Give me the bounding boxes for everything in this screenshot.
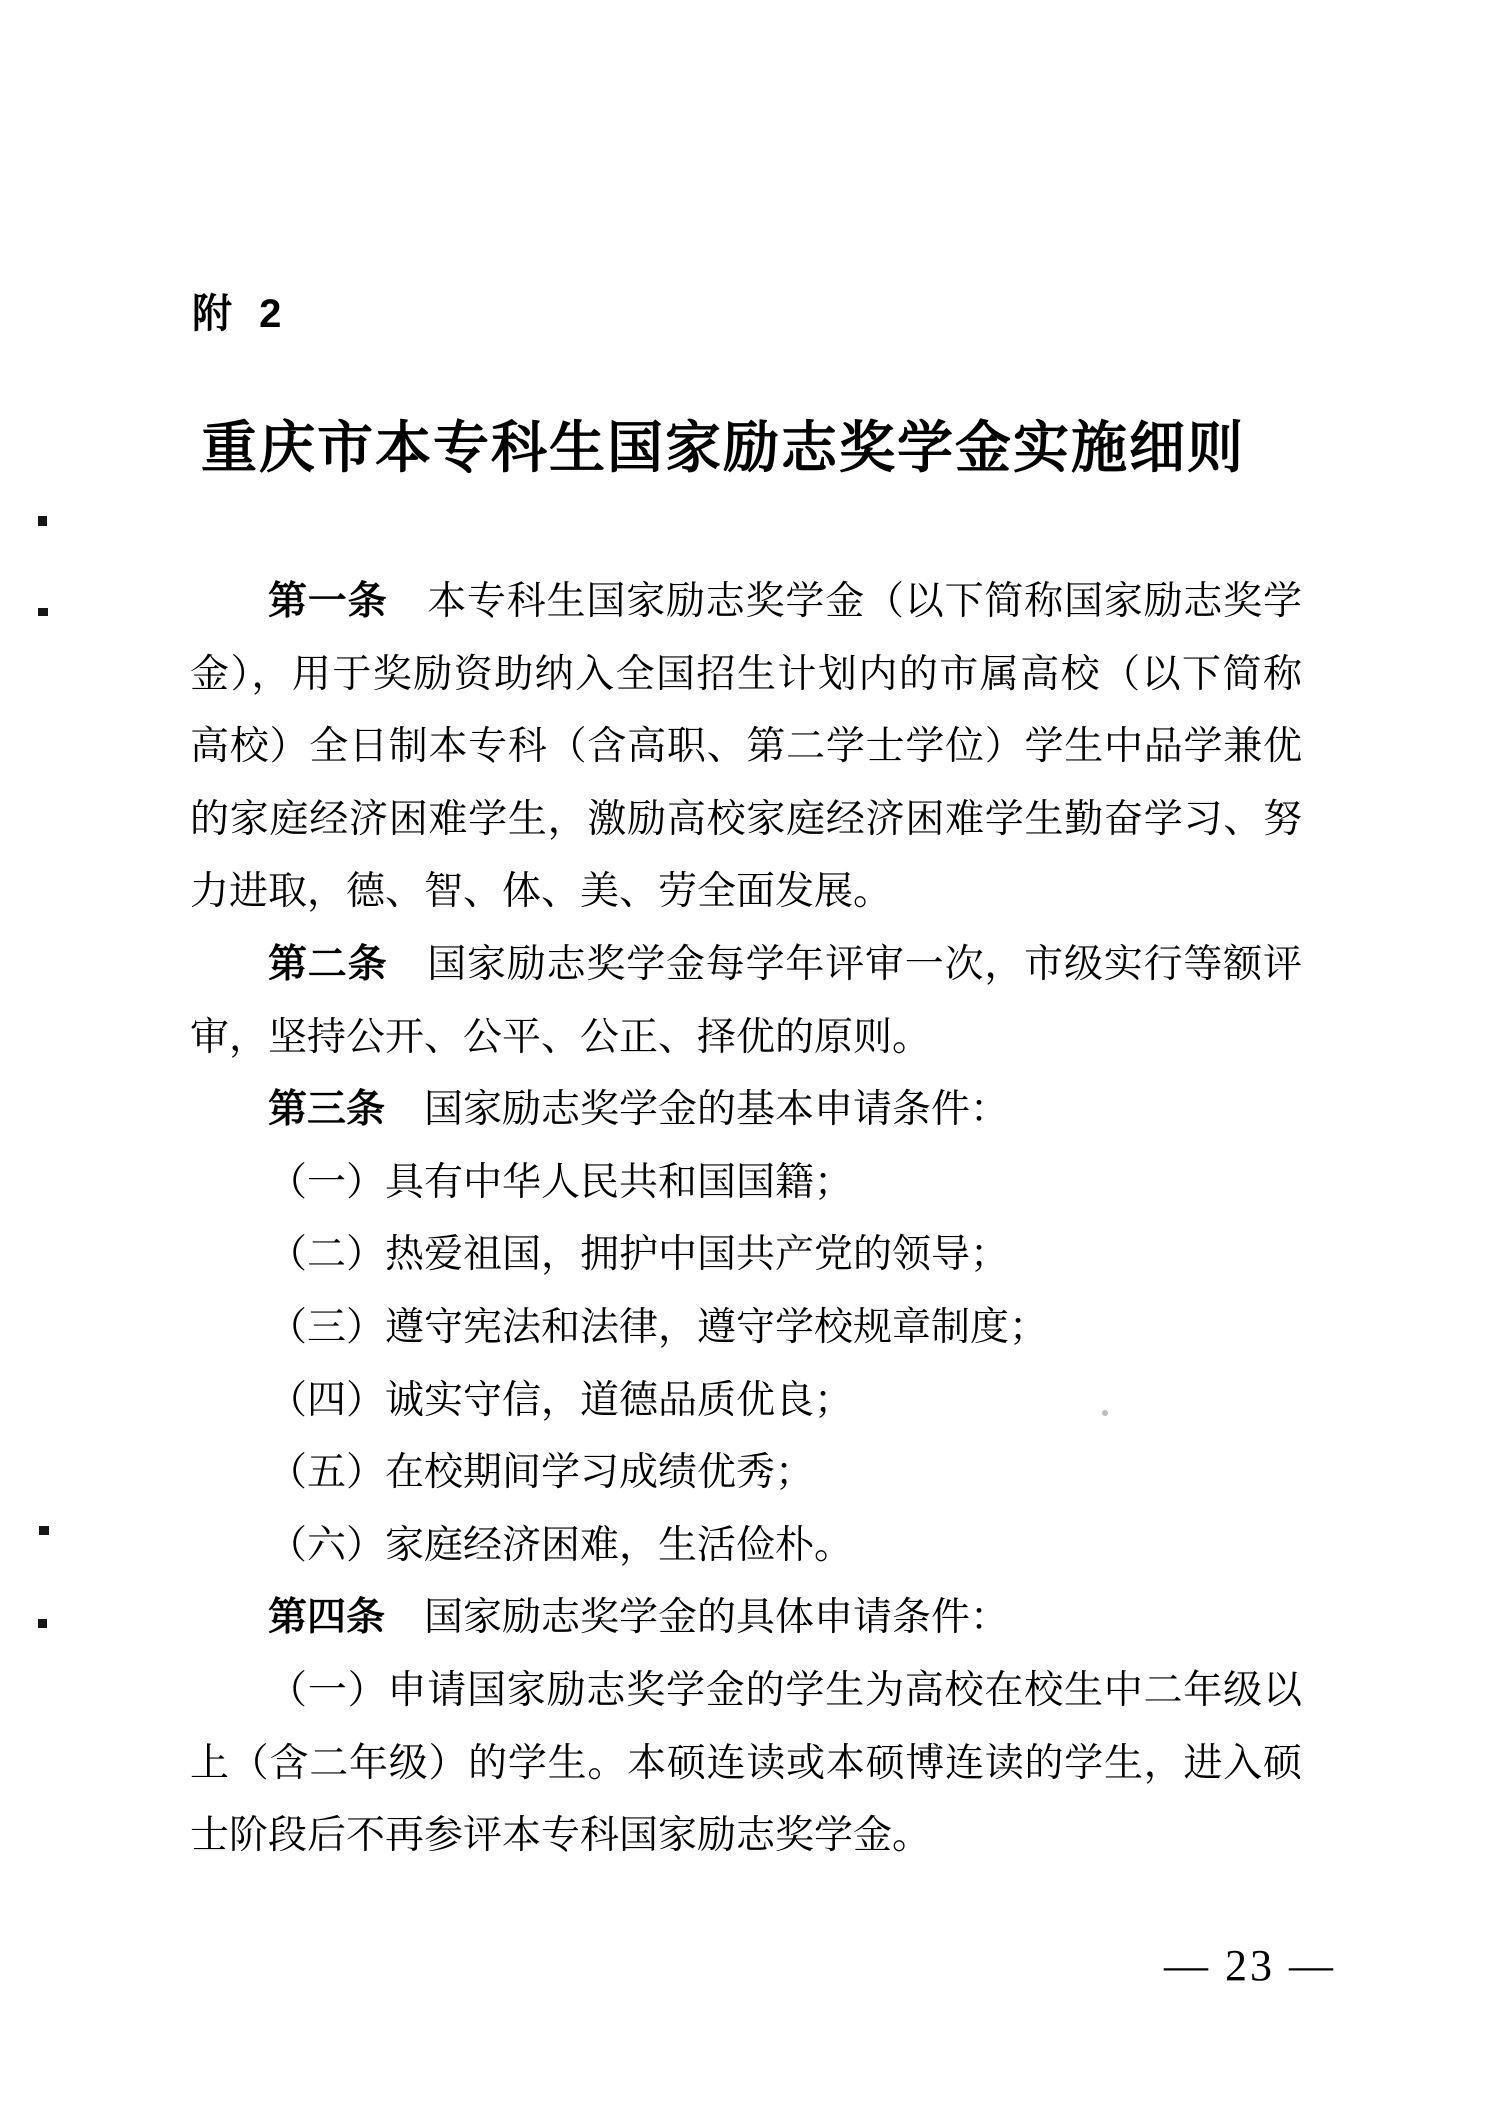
- body-line: （四）诚实守信，道德品质优良；: [190, 1365, 1302, 1438]
- body-line: 上（含二年级）的学生。本硕连读或本硕博连读的学生，进入硕: [190, 1728, 1302, 1801]
- scan-speck: [38, 1619, 47, 1628]
- body-line: （五）在校期间学习成绩优秀；: [190, 1437, 1302, 1510]
- scan-speck: [39, 1526, 49, 1535]
- body-line: （一）具有中华人民共和国国籍；: [190, 1147, 1302, 1220]
- scan-speck: [1102, 1410, 1108, 1416]
- body-line: 的家庭经济困难学生，激励高校家庭经济困难学生勤奋学习、努: [190, 784, 1302, 857]
- body-line: （二）热爱祖国，拥护中国共产党的领导；: [190, 1219, 1302, 1292]
- body-line: （一）申请国家励志奖学金的学生为高校在校生中二年级以: [190, 1655, 1302, 1728]
- body-line: 第二条 国家励志奖学金每学年评审一次，市级实行等额评: [190, 929, 1302, 1002]
- body-line: 士阶段后不再参评本专科国家励志奖学金。: [190, 1800, 1302, 1873]
- article-number: 第三条: [268, 1088, 385, 1131]
- body-line: 第一条 本专科生国家励志奖学金（以下简称国家励志奖学: [190, 566, 1302, 639]
- scan-speck: [38, 608, 48, 616]
- page-title: 重庆市本专科生国家励志奖学金实施细则: [168, 404, 1278, 484]
- page-number: — 23 —: [1164, 1940, 1336, 1991]
- body-line: 力进取，德、智、体、美、劳全面发展。: [190, 856, 1302, 929]
- body-line: 高校）全日制本专科（含高职、第二学士学位）学生中品学兼优: [190, 711, 1302, 784]
- body-line: 第四条 国家励志奖学金的具体申请条件：: [190, 1582, 1302, 1655]
- attachment-label: 附 2: [192, 282, 289, 339]
- document-page: 附 2 重庆市本专科生国家励志奖学金实施细则 第一条 本专科生国家励志奖学金（以…: [0, 0, 1488, 2106]
- body-line: 第三条 国家励志奖学金的基本申请条件：: [190, 1074, 1302, 1147]
- body-line: 金），用于奖励资助纳入全国招生计划内的市属高校（以下简称: [190, 639, 1302, 712]
- article-number: 第四条: [268, 1596, 385, 1639]
- article-number: 第二条: [268, 943, 387, 986]
- article-number: 第一条: [268, 580, 387, 623]
- body-line: 审，坚持公开、公平、公正、择优的原则。: [190, 1002, 1302, 1075]
- body-line: （三）遵守宪法和法律，遵守学校规章制度；: [190, 1292, 1302, 1365]
- body-line: （六）家庭经济困难，生活俭朴。: [190, 1510, 1302, 1583]
- body-lines: 第一条 本专科生国家励志奖学金（以下简称国家励志奖学金），用于奖励资助纳入全国招…: [190, 566, 1302, 1873]
- scan-speck: [38, 516, 47, 526]
